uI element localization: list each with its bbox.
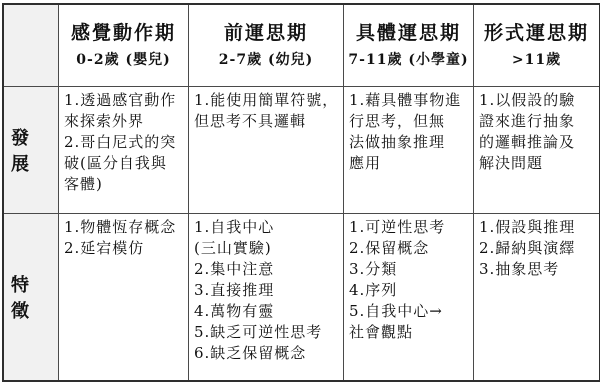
row-label-development: 發展 [4,87,59,214]
stage-header-concrete-operational: 具體運思期 7-11歲 (小學童) [344,5,474,87]
row-label-characteristics: 特徵 [4,214,59,380]
development-preoperational-cell: 1.能使用簡單符號， 但思考不具邏輯 [189,87,344,214]
stage-header-formal-operational: 形式運思期 >11歲 [474,5,599,87]
development-concrete-operational-cell: 1.藉具體事物進 行思考，但無 法做抽象推理 應用 [344,87,474,214]
piaget-stages-table: 感覺動作期 0-2歲 (嬰兒) 前運思期 2-7歲 (幼兒) 具體運思期 7-1… [2,3,600,382]
corner-cell [4,5,59,87]
characteristics-preoperational-cell: 1.自我中心 (三山實驗) 2.集中注意 3.直接推理 4.萬物有靈 5.缺乏可… [189,214,344,380]
stage-age-range: 2-7歲 (幼兒) [219,49,313,69]
stage-age-range: 0-2歲 (嬰兒) [76,49,170,69]
development-formal-operational-cell: 1.以假設的驗 證來進行抽象 的邏輯推論及 解決問題 [474,87,599,214]
stage-header-preoperational: 前運思期 2-7歲 (幼兒) [189,5,344,87]
stage-title: 前運思期 [224,22,308,46]
stage-header-sensorimotor: 感覺動作期 0-2歲 (嬰兒) [59,5,189,87]
row-label-text: 發展 [4,124,58,176]
stage-title: 感覺動作期 [71,22,176,46]
stage-title: 形式運思期 [484,22,589,46]
characteristics-sensorimotor-cell: 1.物體恆存概念 2.延宕模仿 [59,214,189,380]
row-label-text: 特徵 [4,271,58,323]
stage-age-range: 7-11歲 (小學童) [348,49,468,69]
characteristics-formal-operational-cell: 1.假設與推理 2.歸納與演繹 3.抽象思考 [474,214,599,380]
piaget-stages-page: 感覺動作期 0-2歲 (嬰兒) 前運思期 2-7歲 (幼兒) 具體運思期 7-1… [0,0,600,384]
development-sensorimotor-cell: 1.透過感官動作 來探索外界 2.哥白尼式的突 破(區分自我與 客體) [59,87,189,214]
stage-age-range: >11歲 [512,49,561,69]
characteristics-concrete-operational-cell: 1.可逆性思考 2.保留概念 3.分類 4.序列 5.自我中心→ 社會觀點 [344,214,474,380]
stage-title: 具體運思期 [356,22,461,46]
